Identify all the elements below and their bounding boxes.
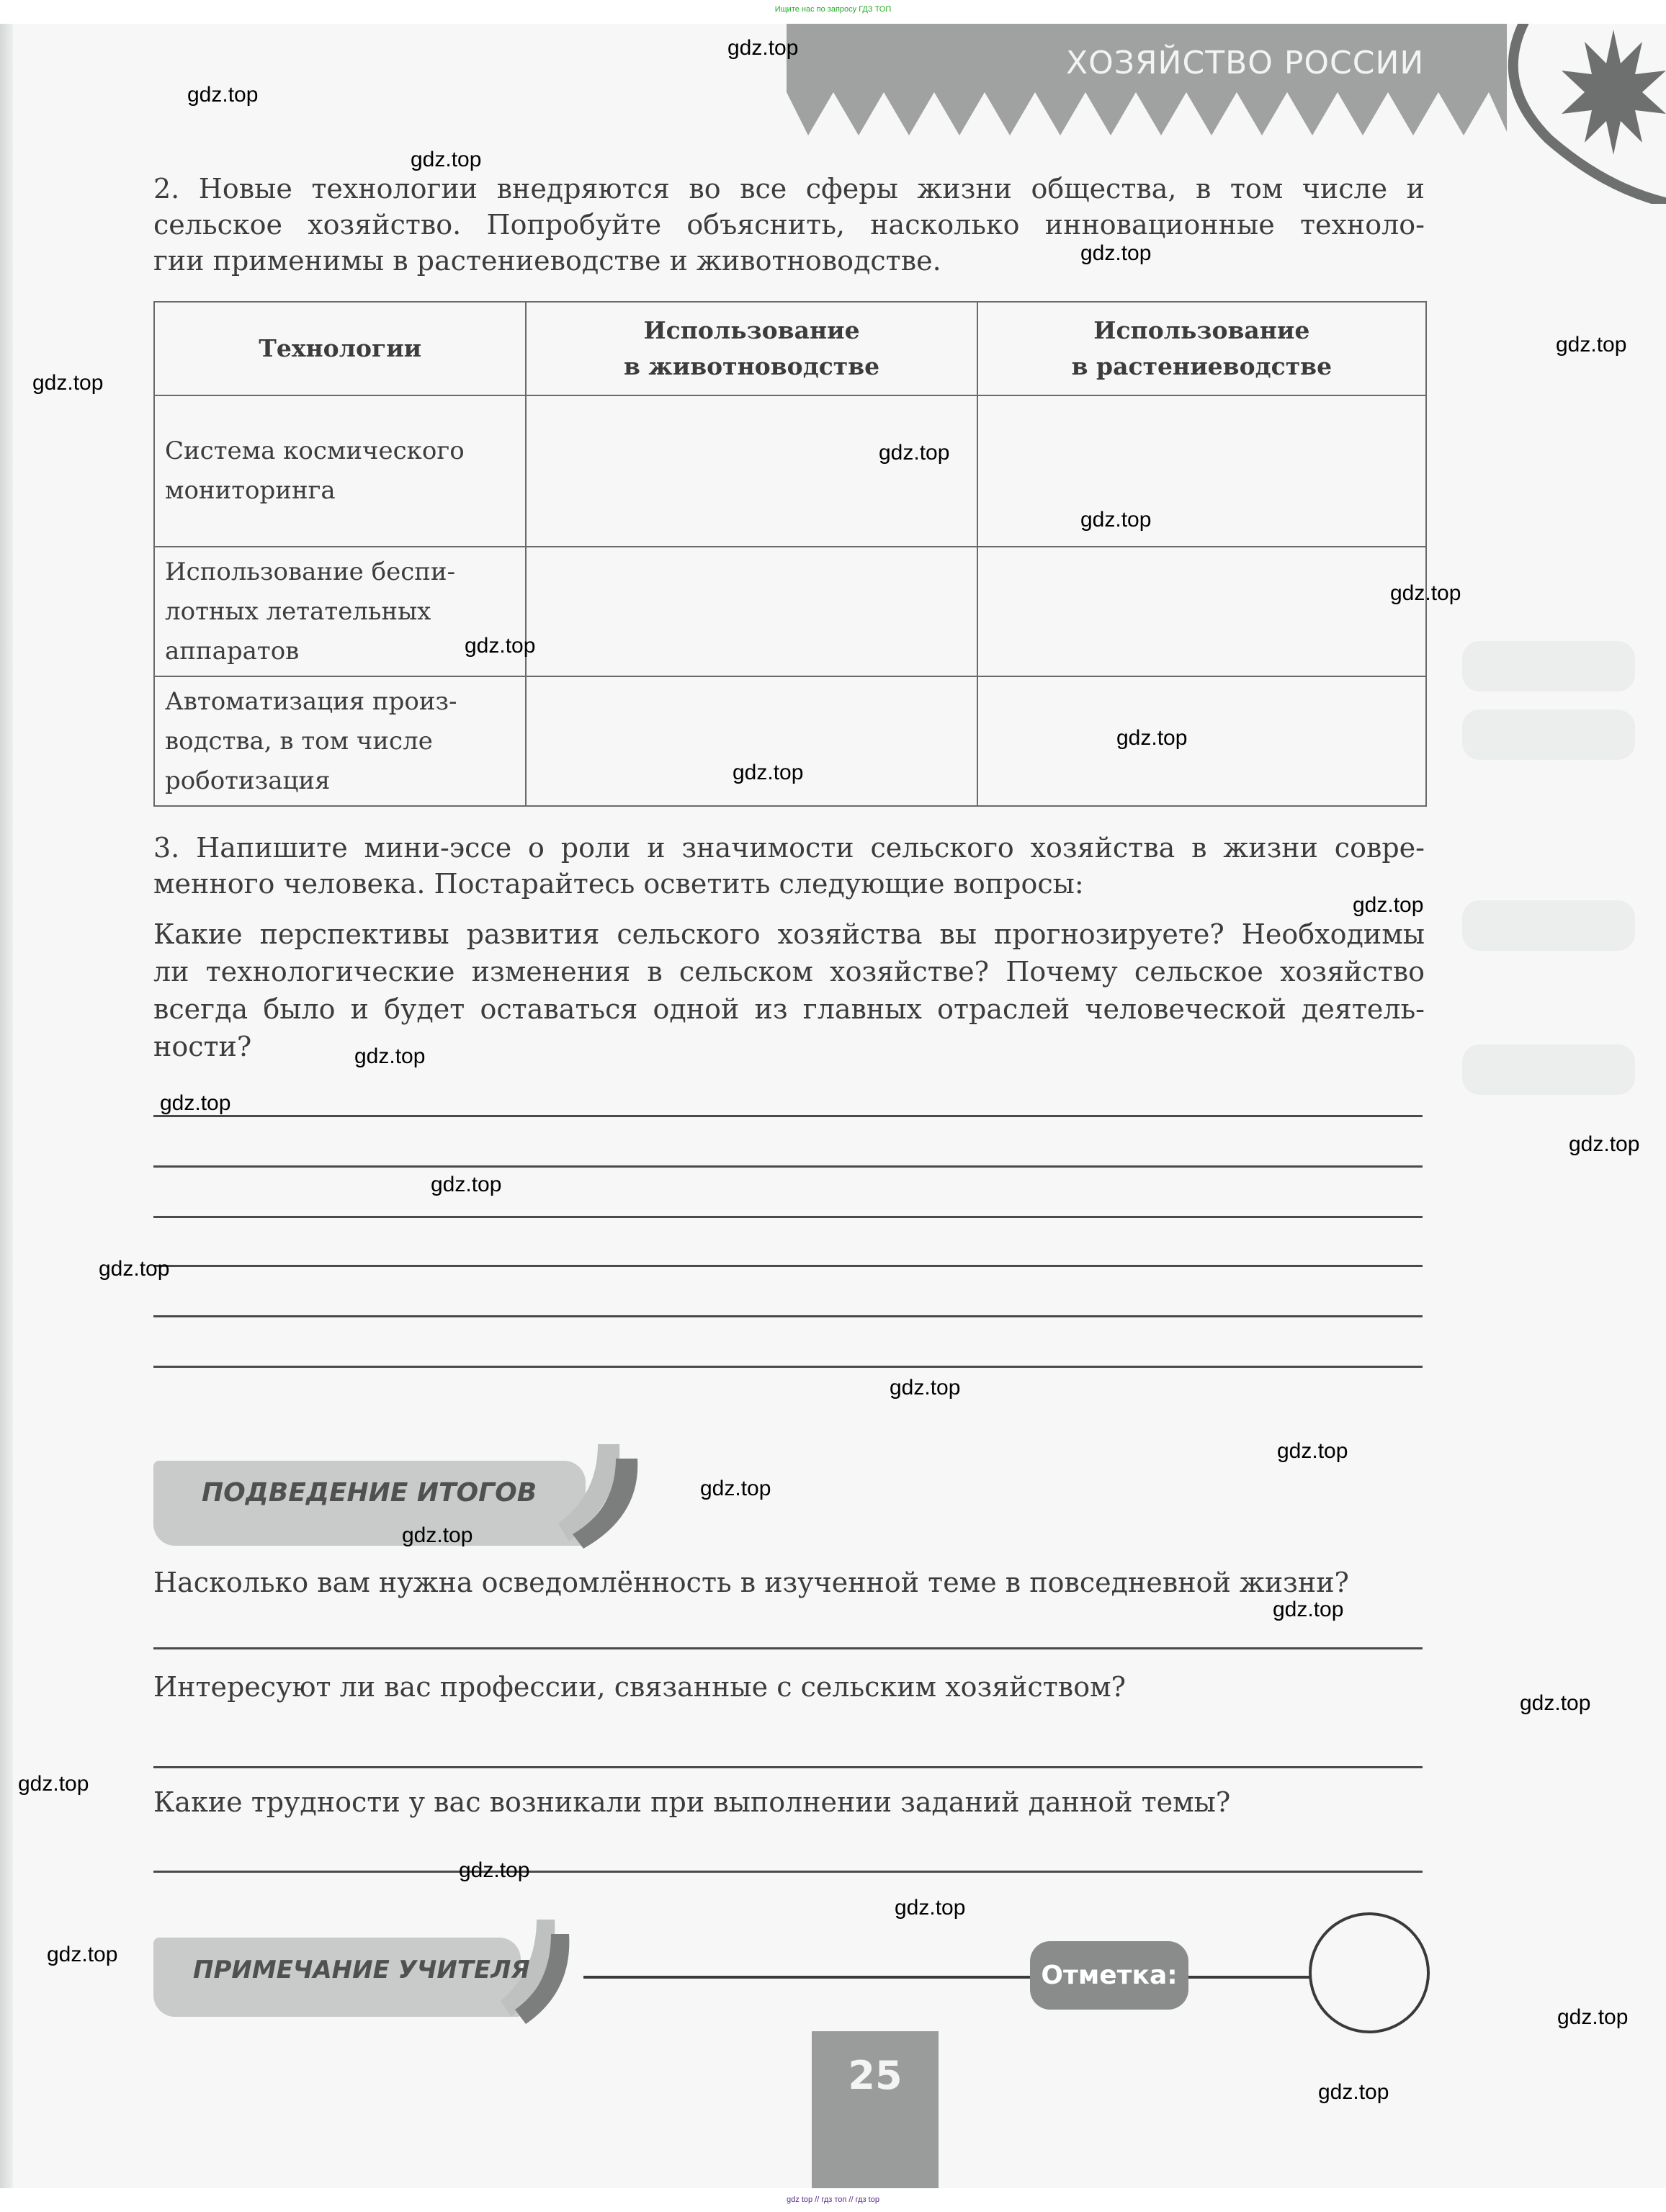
technology-cell: Система космическогомониторинга [154, 395, 526, 547]
bleed-panel [1462, 709, 1635, 760]
table-header-row: Технологии Использованиев животноводстве… [154, 302, 1426, 395]
banner-swoosh-icon [555, 1441, 663, 1549]
watermark: gdz.top [727, 36, 798, 61]
footer-links: gdz top // гдз топ // гдз top [0, 2190, 1666, 2212]
page-spine-shadow [0, 24, 13, 2188]
technology-cell: Автоматизация произ-водства, в том числе… [154, 676, 526, 806]
table-row: Автоматизация произ-водства, в том числе… [154, 676, 1426, 806]
answer-line[interactable] [153, 1115, 1423, 1117]
teacher-note-title: ПРИМЕЧАНИЕ УЧИТЕЛЯ [193, 1956, 530, 1984]
watermark: gdz.top [1318, 2080, 1389, 2105]
answer-line[interactable] [153, 1216, 1423, 1218]
bleed-panel [1462, 641, 1635, 691]
livestock-answer-cell[interactable] [526, 676, 977, 806]
table-row: Использование беспи-лотных летательныхап… [154, 547, 1426, 676]
watermark: gdz.top [1116, 726, 1187, 751]
task3-line: Какие перспективы развития сельского хоз… [153, 918, 1425, 950]
watermark: gdz.top [1080, 241, 1151, 266]
watermark: gdz.top [402, 1523, 473, 1548]
watermark: gdz.top [1390, 581, 1461, 606]
technologies-table: Технологии Использованиев животноводстве… [153, 301, 1427, 807]
watermark: gdz.top [47, 1943, 117, 1967]
crops-answer-cell[interactable] [977, 395, 1426, 547]
crops-answer-cell[interactable] [977, 547, 1426, 676]
watermark: gdz.top [895, 1896, 965, 1920]
task3-line: всегда было и будет оставаться одной из … [153, 993, 1425, 1025]
watermark: gdz.top [99, 1257, 169, 1281]
mark-label: Отметка: [1030, 1941, 1188, 2010]
livestock-answer-cell[interactable] [526, 395, 977, 547]
section-header-title: ХОЗЯЙСТВО РОССИИ [1066, 45, 1469, 81]
task2-line: 2. Новые технологии внедряются во все сф… [153, 173, 1425, 205]
watermark: gdz.top [1080, 508, 1151, 532]
crops-answer-cell[interactable] [977, 676, 1426, 806]
watermark: gdz.top [1273, 1598, 1343, 1622]
summary-question: Какие трудности у вас возникали при выпо… [153, 1786, 1230, 1818]
watermark: gdz.top [890, 1376, 960, 1400]
watermark: gdz.top [187, 83, 258, 107]
watermark: gdz.top [733, 761, 803, 785]
answer-line[interactable] [153, 1265, 1423, 1267]
summary-question: Насколько вам нужна осведомлённость в из… [153, 1567, 1349, 1598]
task3-line: менного человека. Постарайтесь осветить … [153, 868, 1425, 900]
page-number: 25 [812, 2031, 939, 2188]
watermark: gdz.top [18, 1772, 89, 1796]
summary-answer-line[interactable] [153, 1647, 1423, 1649]
column-header-livestock: Использованиев животноводстве [526, 302, 977, 395]
task3-line: ли технологические изменения в сельском … [153, 956, 1425, 988]
watermark: gdz.top [160, 1091, 230, 1116]
mark-circle-field[interactable] [1309, 1912, 1430, 2033]
watermark: gdz.top [1556, 333, 1626, 357]
livestock-answer-cell[interactable] [526, 547, 977, 676]
watermark: gdz.top [431, 1173, 501, 1197]
watermark: gdz.top [879, 441, 949, 465]
watermark: gdz.top [465, 634, 535, 658]
answer-line[interactable] [153, 1315, 1423, 1317]
watermark: gdz.top [1353, 893, 1423, 918]
bleed-panel [1462, 900, 1635, 951]
watermark: gdz.top [1557, 2005, 1628, 2030]
watermark: gdz.top [1520, 1691, 1590, 1716]
column-header-technologies: Технологии [154, 302, 526, 395]
watermark: gdz.top [354, 1044, 425, 1069]
watermark: gdz.top [1277, 1439, 1348, 1464]
summary-title: ПОДВЕДЕНИЕ ИТОГОВ [202, 1478, 537, 1508]
answer-line[interactable] [153, 1165, 1423, 1168]
teacher-note-line [583, 1976, 1311, 1979]
watermark: gdz.top [459, 1858, 529, 1883]
task2-line: гии применимы в растениеводстве и животн… [153, 245, 1425, 277]
summary-answer-line[interactable] [153, 1871, 1423, 1873]
task2-line: сельское хозяйство. Попробуйте объяснить… [153, 209, 1425, 241]
star-emblem-icon [1498, 24, 1666, 204]
column-header-crops: Использованиев растениеводстве [977, 302, 1426, 395]
bleed-panel [1462, 1044, 1635, 1095]
table-row: Система космическогомониторинга [154, 395, 1426, 547]
watermark: gdz.top [32, 371, 103, 395]
answer-line[interactable] [153, 1366, 1423, 1368]
summary-question: Интересуют ли вас профессии, связанные с… [153, 1671, 1126, 1703]
watermark: gdz.top [411, 148, 481, 172]
task3-line: 3. Напишите мини-эссе о роли и значимост… [153, 832, 1425, 864]
summary-answer-line[interactable] [153, 1766, 1423, 1768]
task3-line: ности? [153, 1031, 1425, 1062]
watermark: gdz.top [1569, 1132, 1639, 1157]
top-search-banner: Ищите нас по запросу ГДЗ ТОП [0, 0, 1666, 24]
watermark: gdz.top [700, 1477, 771, 1501]
